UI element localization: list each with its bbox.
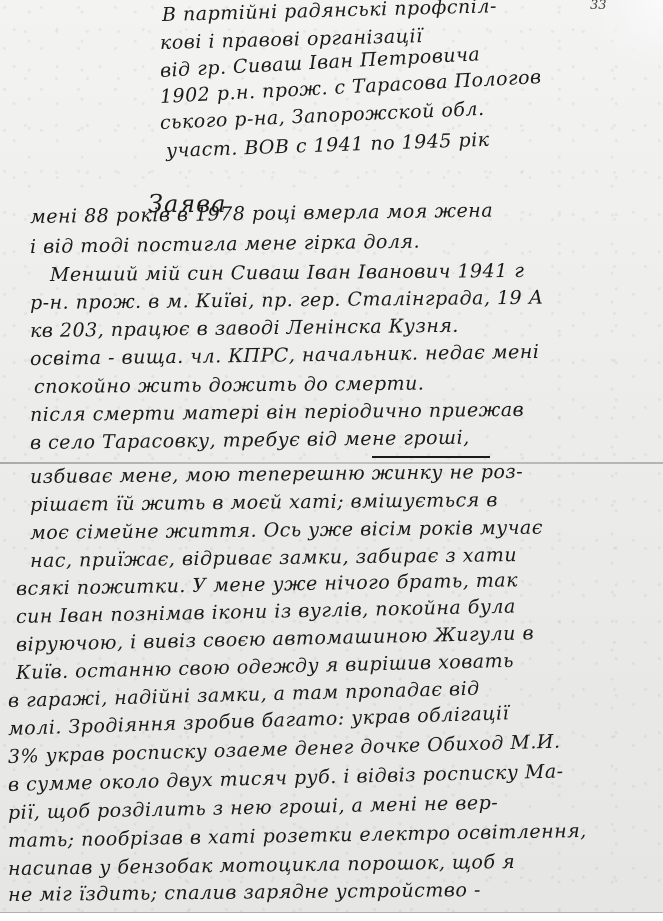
body-line: син Іван познімав ікони із вуглів, покой… <box>16 596 516 628</box>
body-line: избиває мене, мою теперешню жинку не роз… <box>30 461 523 488</box>
body-line: рії, щоб розділить з нею гроші, а мені н… <box>8 792 499 824</box>
body-line: рішаєт їй жить в моєй хаті; вмішується в <box>30 489 498 516</box>
body-line: в село Тарасовку, требує від мене гроші, <box>30 427 470 454</box>
body-line: р-н. прож. в м. Київі, пр. гер. Сталінгр… <box>30 287 544 314</box>
body-line: освіта - вища. чл. КПРС, начальник. неда… <box>30 341 540 370</box>
page-mark: 33 <box>590 0 607 13</box>
body-line: спокойно жить дожить до смерти. <box>34 373 425 398</box>
body-line: тать; пообрізав в хаті розетки електро о… <box>8 820 587 852</box>
body-line: після смерти матері він періодично приеж… <box>30 399 524 426</box>
underline-mark <box>372 456 490 458</box>
body-line: в сумме около двух тисяч руб. і відвіз р… <box>8 760 564 796</box>
body-line: насипав у бензобак мотоцикла порошок, що… <box>8 851 515 880</box>
body-line: моє сімейне життя. Ось уже вісім років м… <box>30 517 543 544</box>
header-sender-line-4: участ. ВОВ с 1941 по 1945 рік <box>166 129 490 162</box>
body-line: всякі пожитки. У мене уже нічого брать, … <box>16 569 518 600</box>
body-line: мені 88 років в 1978 році вмерла моя жен… <box>30 200 493 228</box>
scan-bottom-margin <box>0 912 663 921</box>
body-line: не міг їздить; спалив зарядне устройство… <box>8 879 481 906</box>
header-addressee-line-1: В партійні радянські профспіл- <box>162 0 497 26</box>
handwritten-letter-page: 33 В партійні радянські профспіл- кові і… <box>0 0 663 912</box>
body-line: і від тоді постигла мене гірка доля. <box>30 231 420 258</box>
body-line: кв 203, працює в заводі Ленінска Кузня. <box>30 315 459 342</box>
body-line: Менший мій син Сиваш Іван Іванович 1941 … <box>50 260 525 286</box>
body-line: нас, приїжає, відриває замки, забирає з … <box>30 544 517 572</box>
